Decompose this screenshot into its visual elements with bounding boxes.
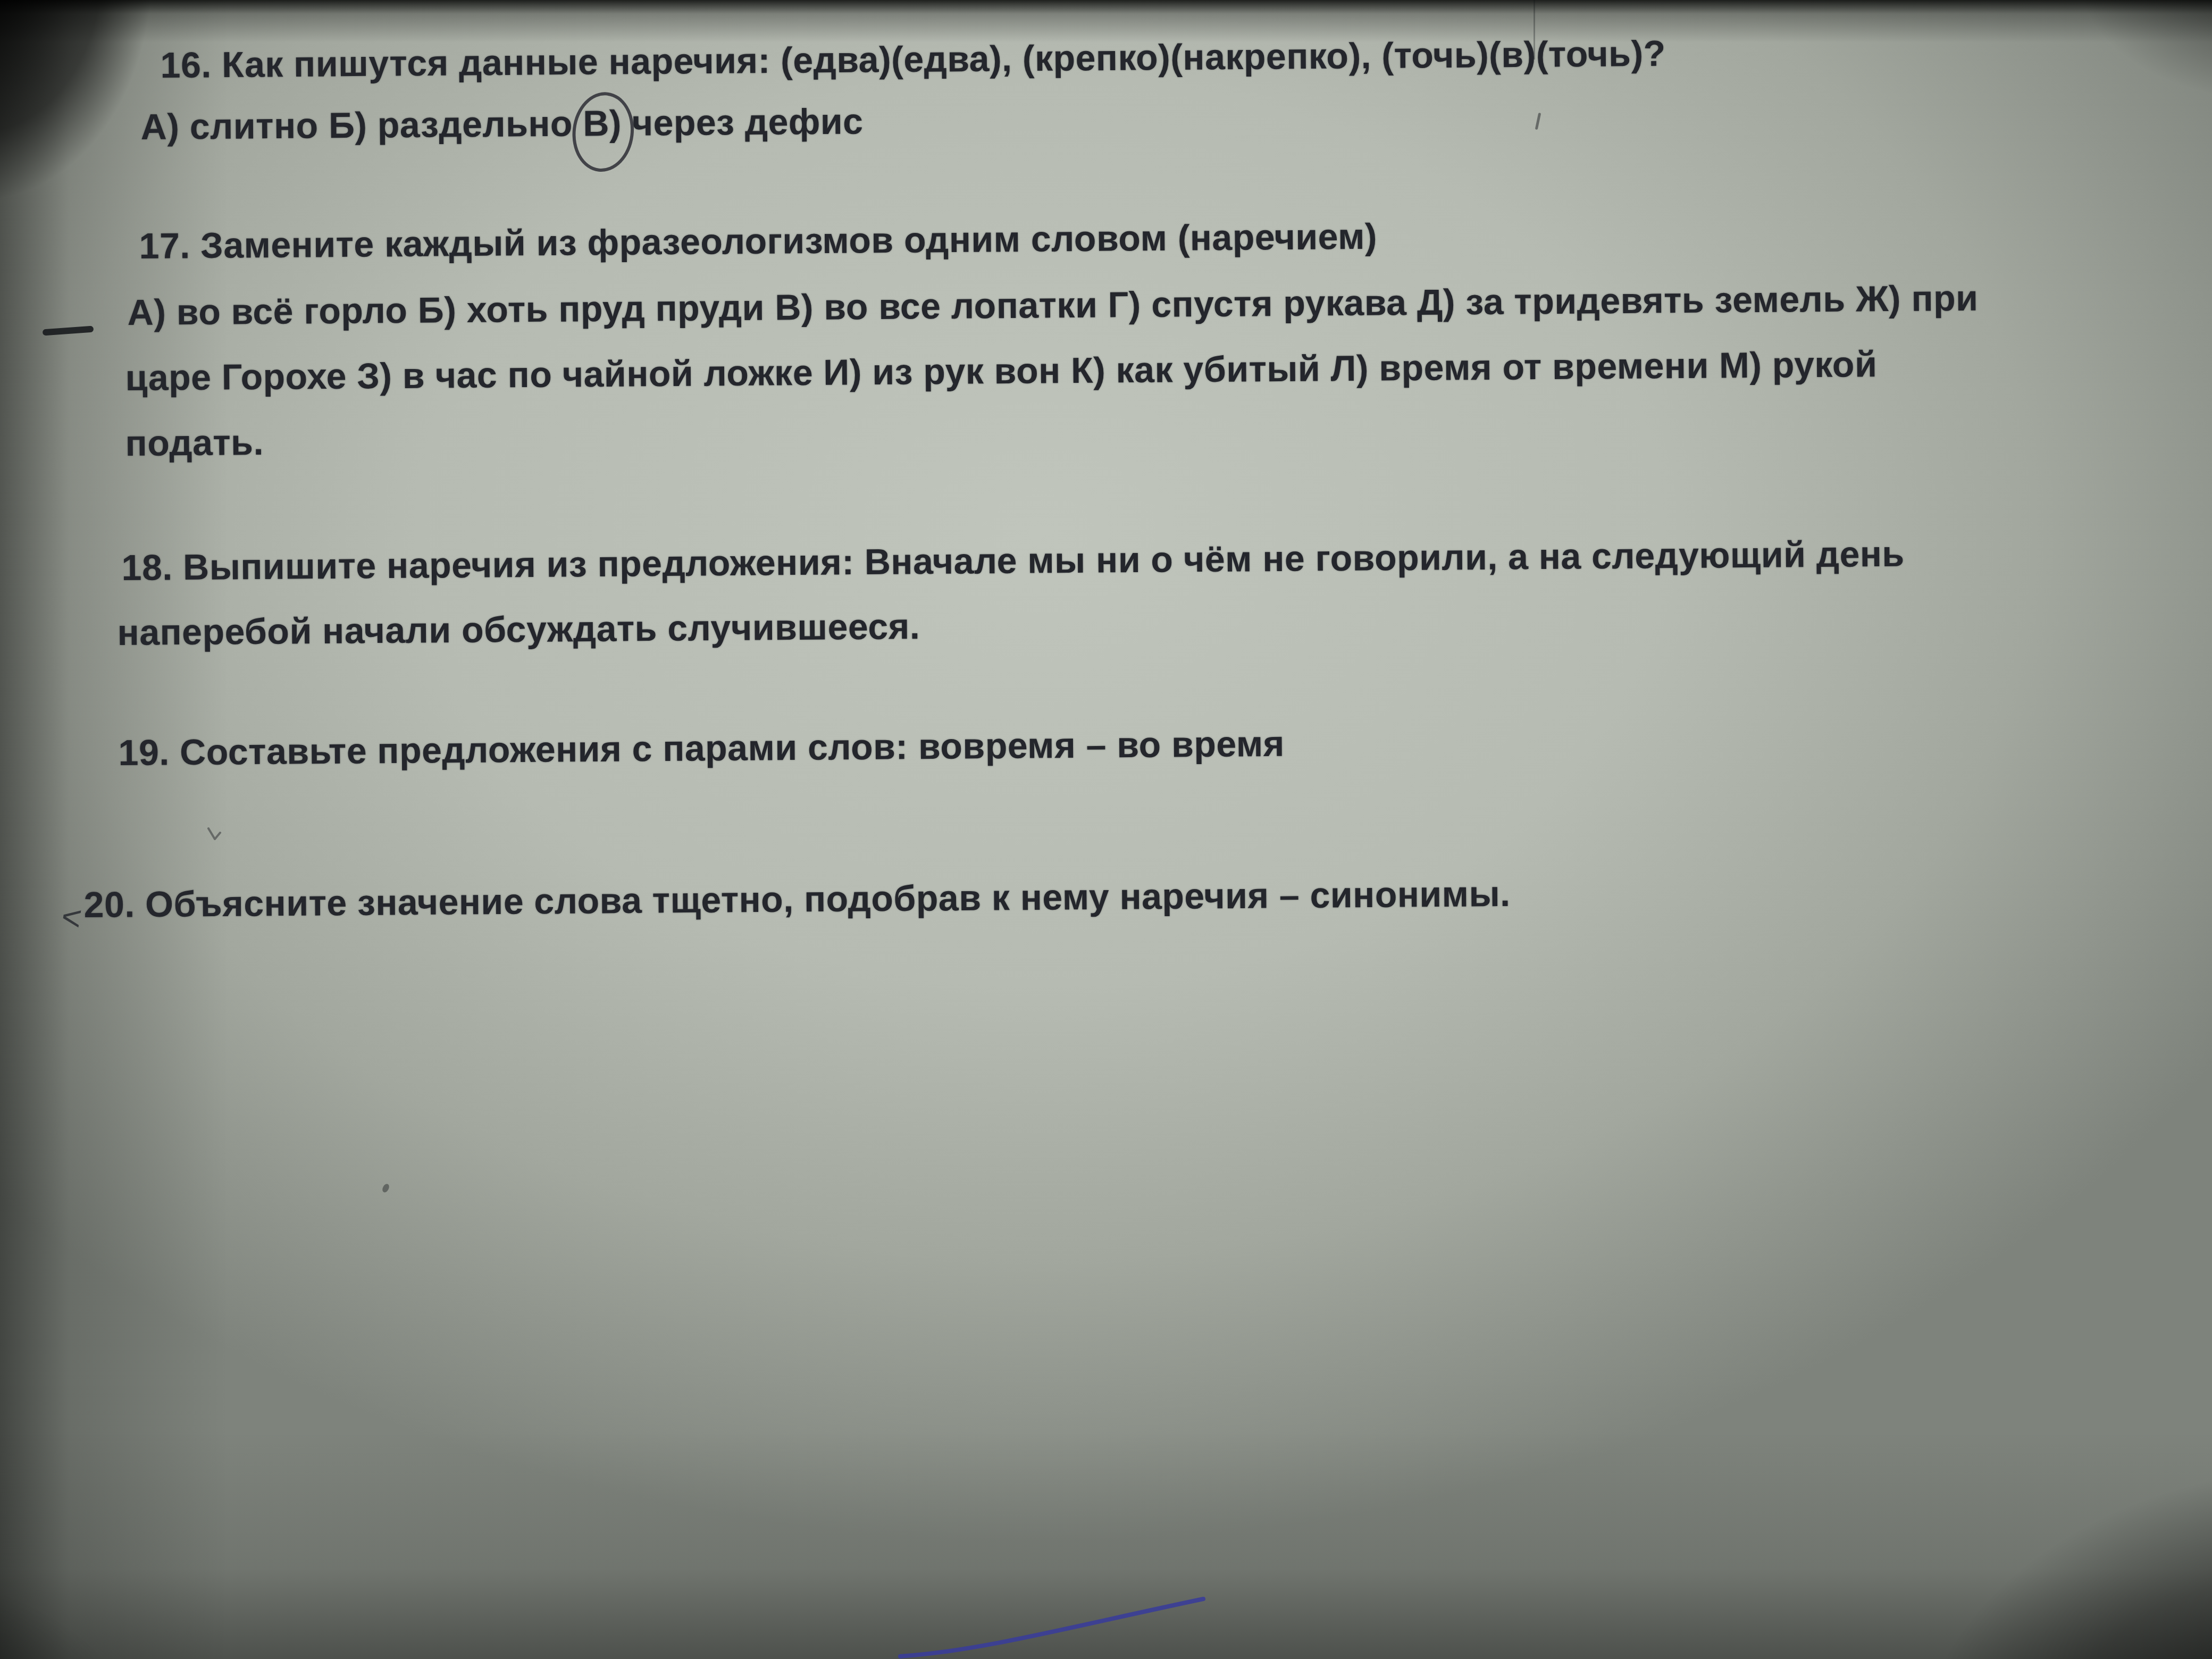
- pencil-squiggle-mark: [206, 827, 228, 845]
- blue-pen-stroke: [896, 1593, 1220, 1659]
- margin-dash-mark: [43, 326, 94, 336]
- dust-speck: [381, 1183, 391, 1193]
- question-16-text: 16. Как пишутся данные наречия: (едва)(е…: [160, 33, 1666, 86]
- question-19-text: 19. Составьте предложения с парами слов:…: [118, 723, 1285, 774]
- q16-option-c: через дефис: [622, 101, 864, 144]
- margin-angle-mark: <: [58, 896, 84, 939]
- question-17-options-line1: А) во всё горло Б) хоть пруд пруди В) во…: [127, 278, 1978, 333]
- question-17-options-line2: царе Горохе З) в час по чайной ложке И) …: [125, 343, 1877, 399]
- q16-option-a-b: А) слитно Б) раздельно: [140, 103, 583, 147]
- q16-circled-answer: В): [583, 103, 622, 145]
- question-18-text-line2: наперебой начали обсуждать случившееся.: [117, 606, 920, 653]
- question-17-text: 17. Замените каждый из фразеологизмов од…: [139, 216, 1377, 267]
- paper-crease-line: [1534, 0, 1535, 60]
- question-16-options: А) слитно Б) раздельно В) через дефис: [140, 100, 863, 148]
- question-17-options-line3: подать.: [125, 422, 264, 464]
- stray-pen-tick: [1535, 113, 1541, 130]
- photographed-test-page: 16. Как пишутся данные наречия: (едва)(е…: [0, 0, 2212, 1659]
- question-18-text-line1: 18. Выпишите наречия из предложения: Вна…: [121, 533, 1905, 589]
- question-20-text: 20. Объясните значение слова тщетно, под…: [83, 873, 1510, 926]
